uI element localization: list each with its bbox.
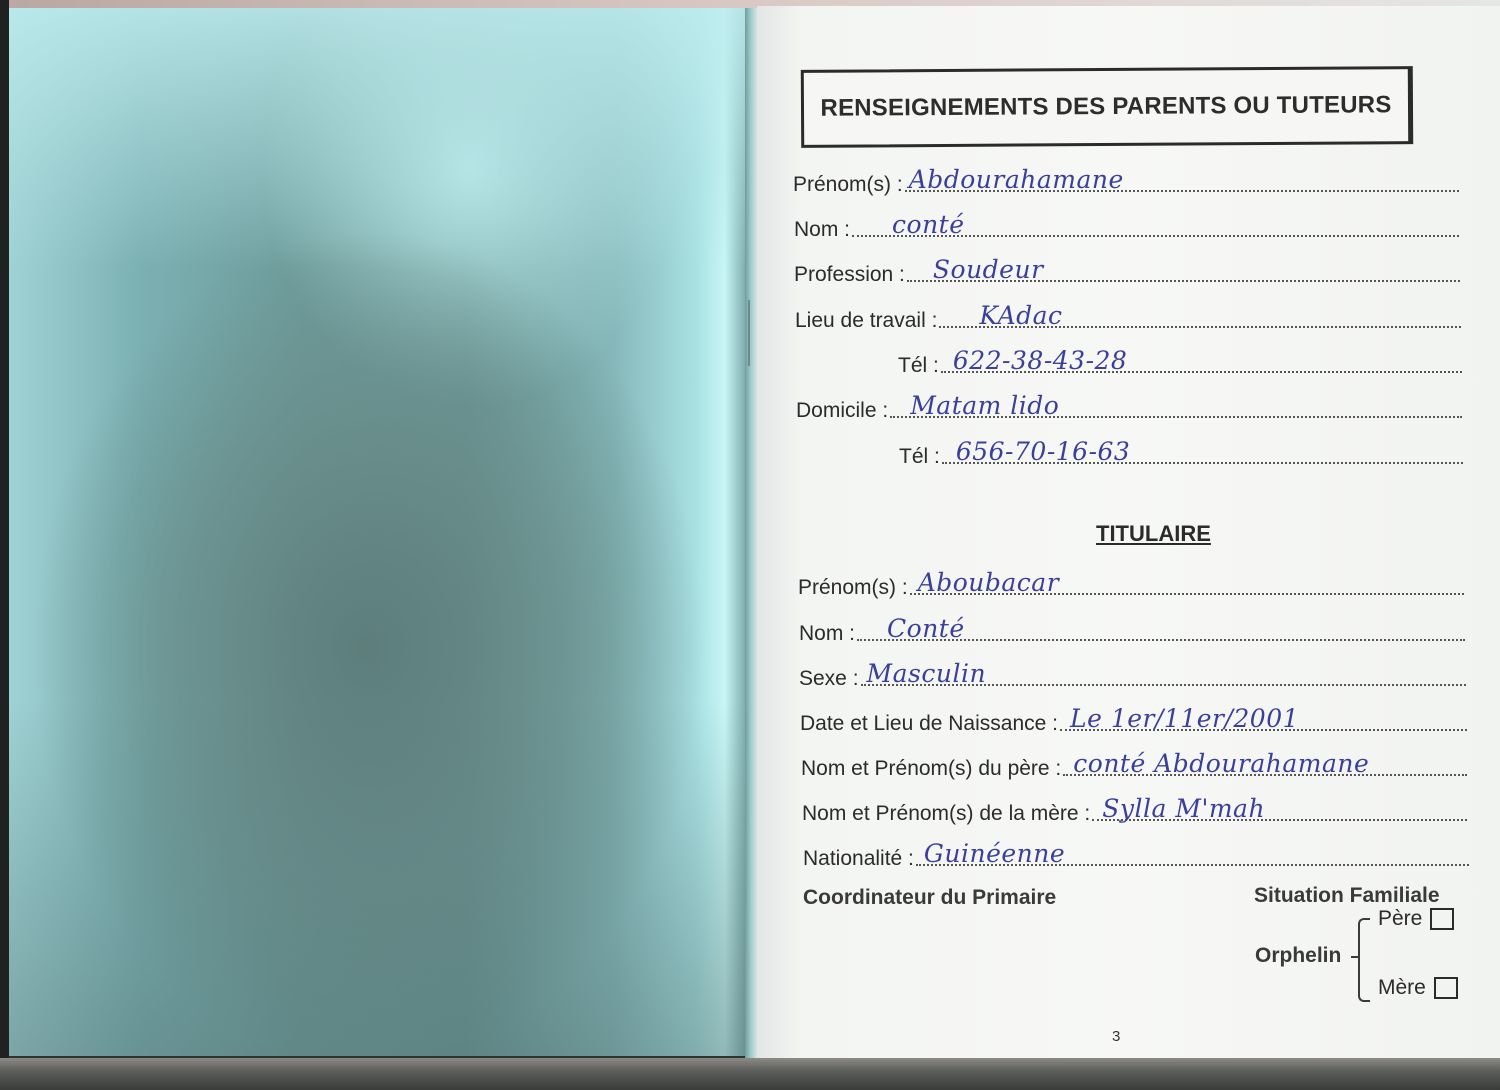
header-box: RENSEIGNEMENTS DES PARENTS OU TUTEURS — [801, 66, 1413, 148]
field-line: 622-38-43-28 — [941, 347, 1462, 373]
page-number: 3 — [1112, 1028, 1120, 1045]
field-value: conté — [892, 210, 965, 239]
field-line: Abdourahamane — [905, 166, 1459, 192]
field-label: Tél : — [898, 354, 939, 378]
header-title: RENSEIGNEMENTS DES PARENTS OU TUTEURS — [820, 91, 1391, 122]
field-label: Nom : — [799, 622, 855, 646]
field-line: conté Abdourahamane — [1063, 750, 1467, 776]
orphan-label: Orphelin — [1255, 944, 1341, 968]
field-label: Lieu de travail : — [795, 309, 937, 333]
field-label: Nationalité : — [803, 847, 914, 871]
scanner-edge-bottom — [0, 1058, 1500, 1090]
field-label: Domicile : — [796, 399, 888, 423]
field-label: Prénom(s) : — [798, 576, 908, 600]
field-value: Aboubacar — [918, 568, 1059, 597]
field-holder-sexe: Sexe : Masculin — [799, 660, 1466, 691]
option-label: Mère — [1378, 976, 1426, 1000]
form-page: RENSEIGNEMENTS DES PARENTS OU TUTEURS Pr… — [757, 6, 1500, 1058]
cover-light-reflection — [9, 8, 747, 268]
option-mere: Mère — [1378, 976, 1458, 1000]
cover-shadow — [9, 700, 747, 1056]
field-line: 656-70-16-63 — [942, 438, 1463, 464]
field-label: Tél : — [899, 445, 940, 469]
field-line: Conté — [857, 615, 1465, 641]
field-value: Matam lido — [910, 391, 1059, 420]
field-value: 622-38-43-28 — [953, 346, 1128, 375]
field-line: Sylla M'mah — [1092, 795, 1467, 821]
field-holder-nationalite: Nationalité : Guinéenne — [803, 840, 1469, 871]
field-value: KAdac — [979, 301, 1062, 330]
field-line: Masculin — [861, 660, 1466, 686]
field-value: Masculin — [867, 659, 987, 688]
field-line: Guinéenne — [916, 840, 1469, 866]
field-parent-lieu-travail: Lieu de travail : KAdac — [795, 302, 1461, 333]
field-value: Sylla M'mah — [1102, 794, 1265, 823]
field-parent-tel-domicile: Tél : 656-70-16-63 — [899, 438, 1463, 469]
field-label: Nom et Prénom(s) du père : — [801, 757, 1061, 781]
checkbox-mere[interactable] — [1434, 977, 1458, 999]
field-parent-nom: Nom : conté — [794, 211, 1459, 242]
section-title-titulaire: TITULAIRE — [1096, 521, 1211, 547]
coordinator-label: Coordinateur du Primaire — [803, 886, 1056, 910]
field-value: conté Abdourahamane — [1073, 749, 1369, 778]
field-holder-naissance: Date et Lieu de Naissance : Le 1er/11er/… — [800, 705, 1467, 736]
field-label: Prénom(s) : — [793, 173, 903, 197]
field-value: 656-70-16-63 — [956, 437, 1131, 466]
field-line: conté — [852, 211, 1459, 237]
field-value: Abdourahamane — [909, 165, 1124, 194]
field-parent-tel-travail: Tél : 622-38-43-28 — [898, 347, 1462, 378]
field-holder-nom: Nom : Conté — [799, 615, 1465, 646]
checkbox-pere[interactable] — [1430, 908, 1454, 930]
field-parent-prenom: Prénom(s) : Abdourahamane — [793, 166, 1459, 197]
field-line: Le 1er/11er/2001 — [1060, 705, 1467, 731]
brace-icon — [1358, 918, 1370, 1002]
field-line: KAdac — [939, 302, 1461, 328]
field-line: Aboubacar — [910, 569, 1464, 595]
field-value: Conté — [887, 614, 965, 643]
option-pere: Père — [1378, 907, 1454, 931]
field-value: Guinéenne — [924, 839, 1065, 868]
field-label: Profession : — [794, 263, 905, 287]
field-value: Le 1er/11er/2001 — [1070, 704, 1299, 733]
field-label: Nom : — [794, 218, 850, 242]
field-label: Nom et Prénom(s) de la mère : — [802, 802, 1090, 826]
field-value: Soudeur — [933, 255, 1044, 284]
field-holder-prenom: Prénom(s) : Aboubacar — [798, 569, 1464, 600]
field-line: Matam lido — [890, 392, 1462, 418]
field-parent-profession: Profession : Soudeur — [794, 256, 1460, 287]
field-holder-mere: Nom et Prénom(s) de la mère : Sylla M'ma… — [802, 795, 1467, 826]
family-situation-title: Situation Familiale — [1254, 884, 1440, 908]
field-label: Date et Lieu de Naissance : — [800, 712, 1058, 736]
field-parent-domicile: Domicile : Matam lido — [796, 392, 1462, 423]
field-label: Sexe : — [799, 667, 859, 691]
field-line: Soudeur — [907, 256, 1460, 282]
brace-tick — [1351, 956, 1359, 958]
option-label: Père — [1378, 907, 1422, 931]
scanner-edge-left — [0, 0, 9, 1090]
field-holder-pere: Nom et Prénom(s) du père : conté Abdoura… — [801, 750, 1467, 781]
